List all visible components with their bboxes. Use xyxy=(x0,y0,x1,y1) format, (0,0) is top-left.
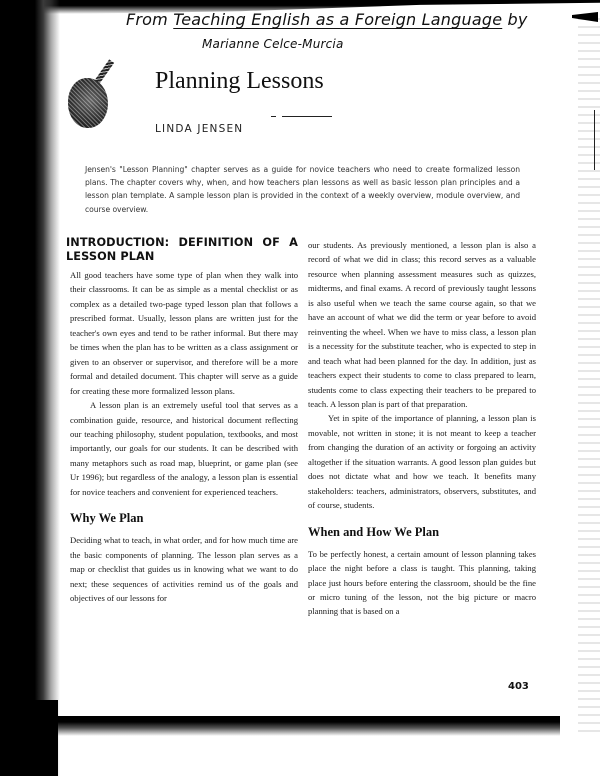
handwritten-source-note: From Teaching English as a Foreign Langu… xyxy=(126,10,528,29)
handwritten-prefix: From xyxy=(126,10,173,29)
scan-bottom-shadow xyxy=(0,716,560,736)
body-paragraph: Deciding what to teach, in what order, a… xyxy=(70,533,298,605)
subheading-why-we-plan: Why We Plan xyxy=(70,511,298,526)
chapter-title: Planning Lessons xyxy=(155,68,324,95)
subheading-when-and-how-we-plan: When and How We Plan xyxy=(308,525,536,540)
body-paragraph: A lesson plan is an extremely useful too… xyxy=(70,398,298,499)
scan-right-edge-line xyxy=(594,110,595,170)
handwritten-suffix: by xyxy=(502,10,527,29)
right-column: our students. As previously mentioned, a… xyxy=(308,238,536,619)
page-number: 403 xyxy=(508,681,529,692)
title-rule-dash xyxy=(271,116,276,117)
body-paragraph: Yet in spite of the importance of planni… xyxy=(308,411,536,512)
chapter-author: LINDA JENSEN xyxy=(155,123,243,135)
scan-left-edge xyxy=(0,0,22,776)
section-heading-introduction: INTRODUCTION: DEFINITION OF A LESSON PLA… xyxy=(66,236,298,264)
body-paragraph: All good teachers have some type of plan… xyxy=(70,268,298,398)
chapter-abstract: Jensen's "Lesson Planning" chapter serve… xyxy=(85,163,520,216)
body-paragraph: our students. As previously mentioned, a… xyxy=(308,238,536,411)
scan-right-page-edges xyxy=(578,12,600,732)
handwritten-book-title: Teaching English as a Foreign Language xyxy=(173,10,502,29)
apple-icon xyxy=(68,78,108,128)
scan-bottom-left-corner xyxy=(0,700,58,776)
title-rule xyxy=(282,116,332,117)
left-column: INTRODUCTION: DEFINITION OF A LESSON PLA… xyxy=(70,236,298,606)
handwritten-editor-name: Marianne Celce-Murcia xyxy=(202,37,344,51)
body-paragraph: To be perfectly honest, a certain amount… xyxy=(308,547,536,619)
